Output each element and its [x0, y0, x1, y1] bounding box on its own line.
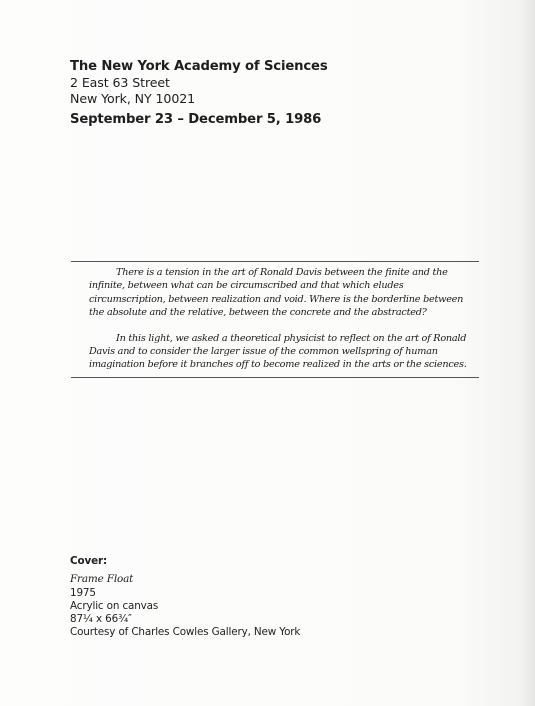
cover-credits: Cover: Frame Float 1975 Acrylic on canva…	[70, 555, 300, 640]
document-page: The New York Academy of Sciences 2 East …	[0, 0, 535, 706]
artwork-dimensions: 87¼ x 66¾″	[70, 613, 300, 626]
address-line-1: 2 East 63 Street	[70, 75, 328, 91]
bottom-divider	[71, 377, 479, 378]
artwork-courtesy: Courtesy of Charles Cowles Gallery, New …	[70, 626, 300, 639]
artwork-title: Frame Float	[70, 573, 300, 586]
statement-paragraph-1: There is a tension in the art of Ronald …	[89, 266, 473, 320]
organization-name: The New York Academy of Sciences	[70, 59, 328, 75]
cover-label: Cover:	[70, 555, 300, 568]
exhibition-dates: September 23 – December 5, 1986	[70, 112, 328, 128]
artwork-year: 1975	[70, 587, 300, 600]
venue-header: The New York Academy of Sciences 2 East …	[70, 59, 328, 128]
artwork-medium: Acrylic on canvas	[70, 600, 300, 613]
top-divider	[71, 261, 479, 262]
address-line-2: New York, NY 10021	[70, 91, 328, 107]
statement-paragraph-2: In this light, we asked a theoretical ph…	[89, 332, 473, 372]
statement-block: There is a tension in the art of Ronald …	[89, 266, 473, 372]
